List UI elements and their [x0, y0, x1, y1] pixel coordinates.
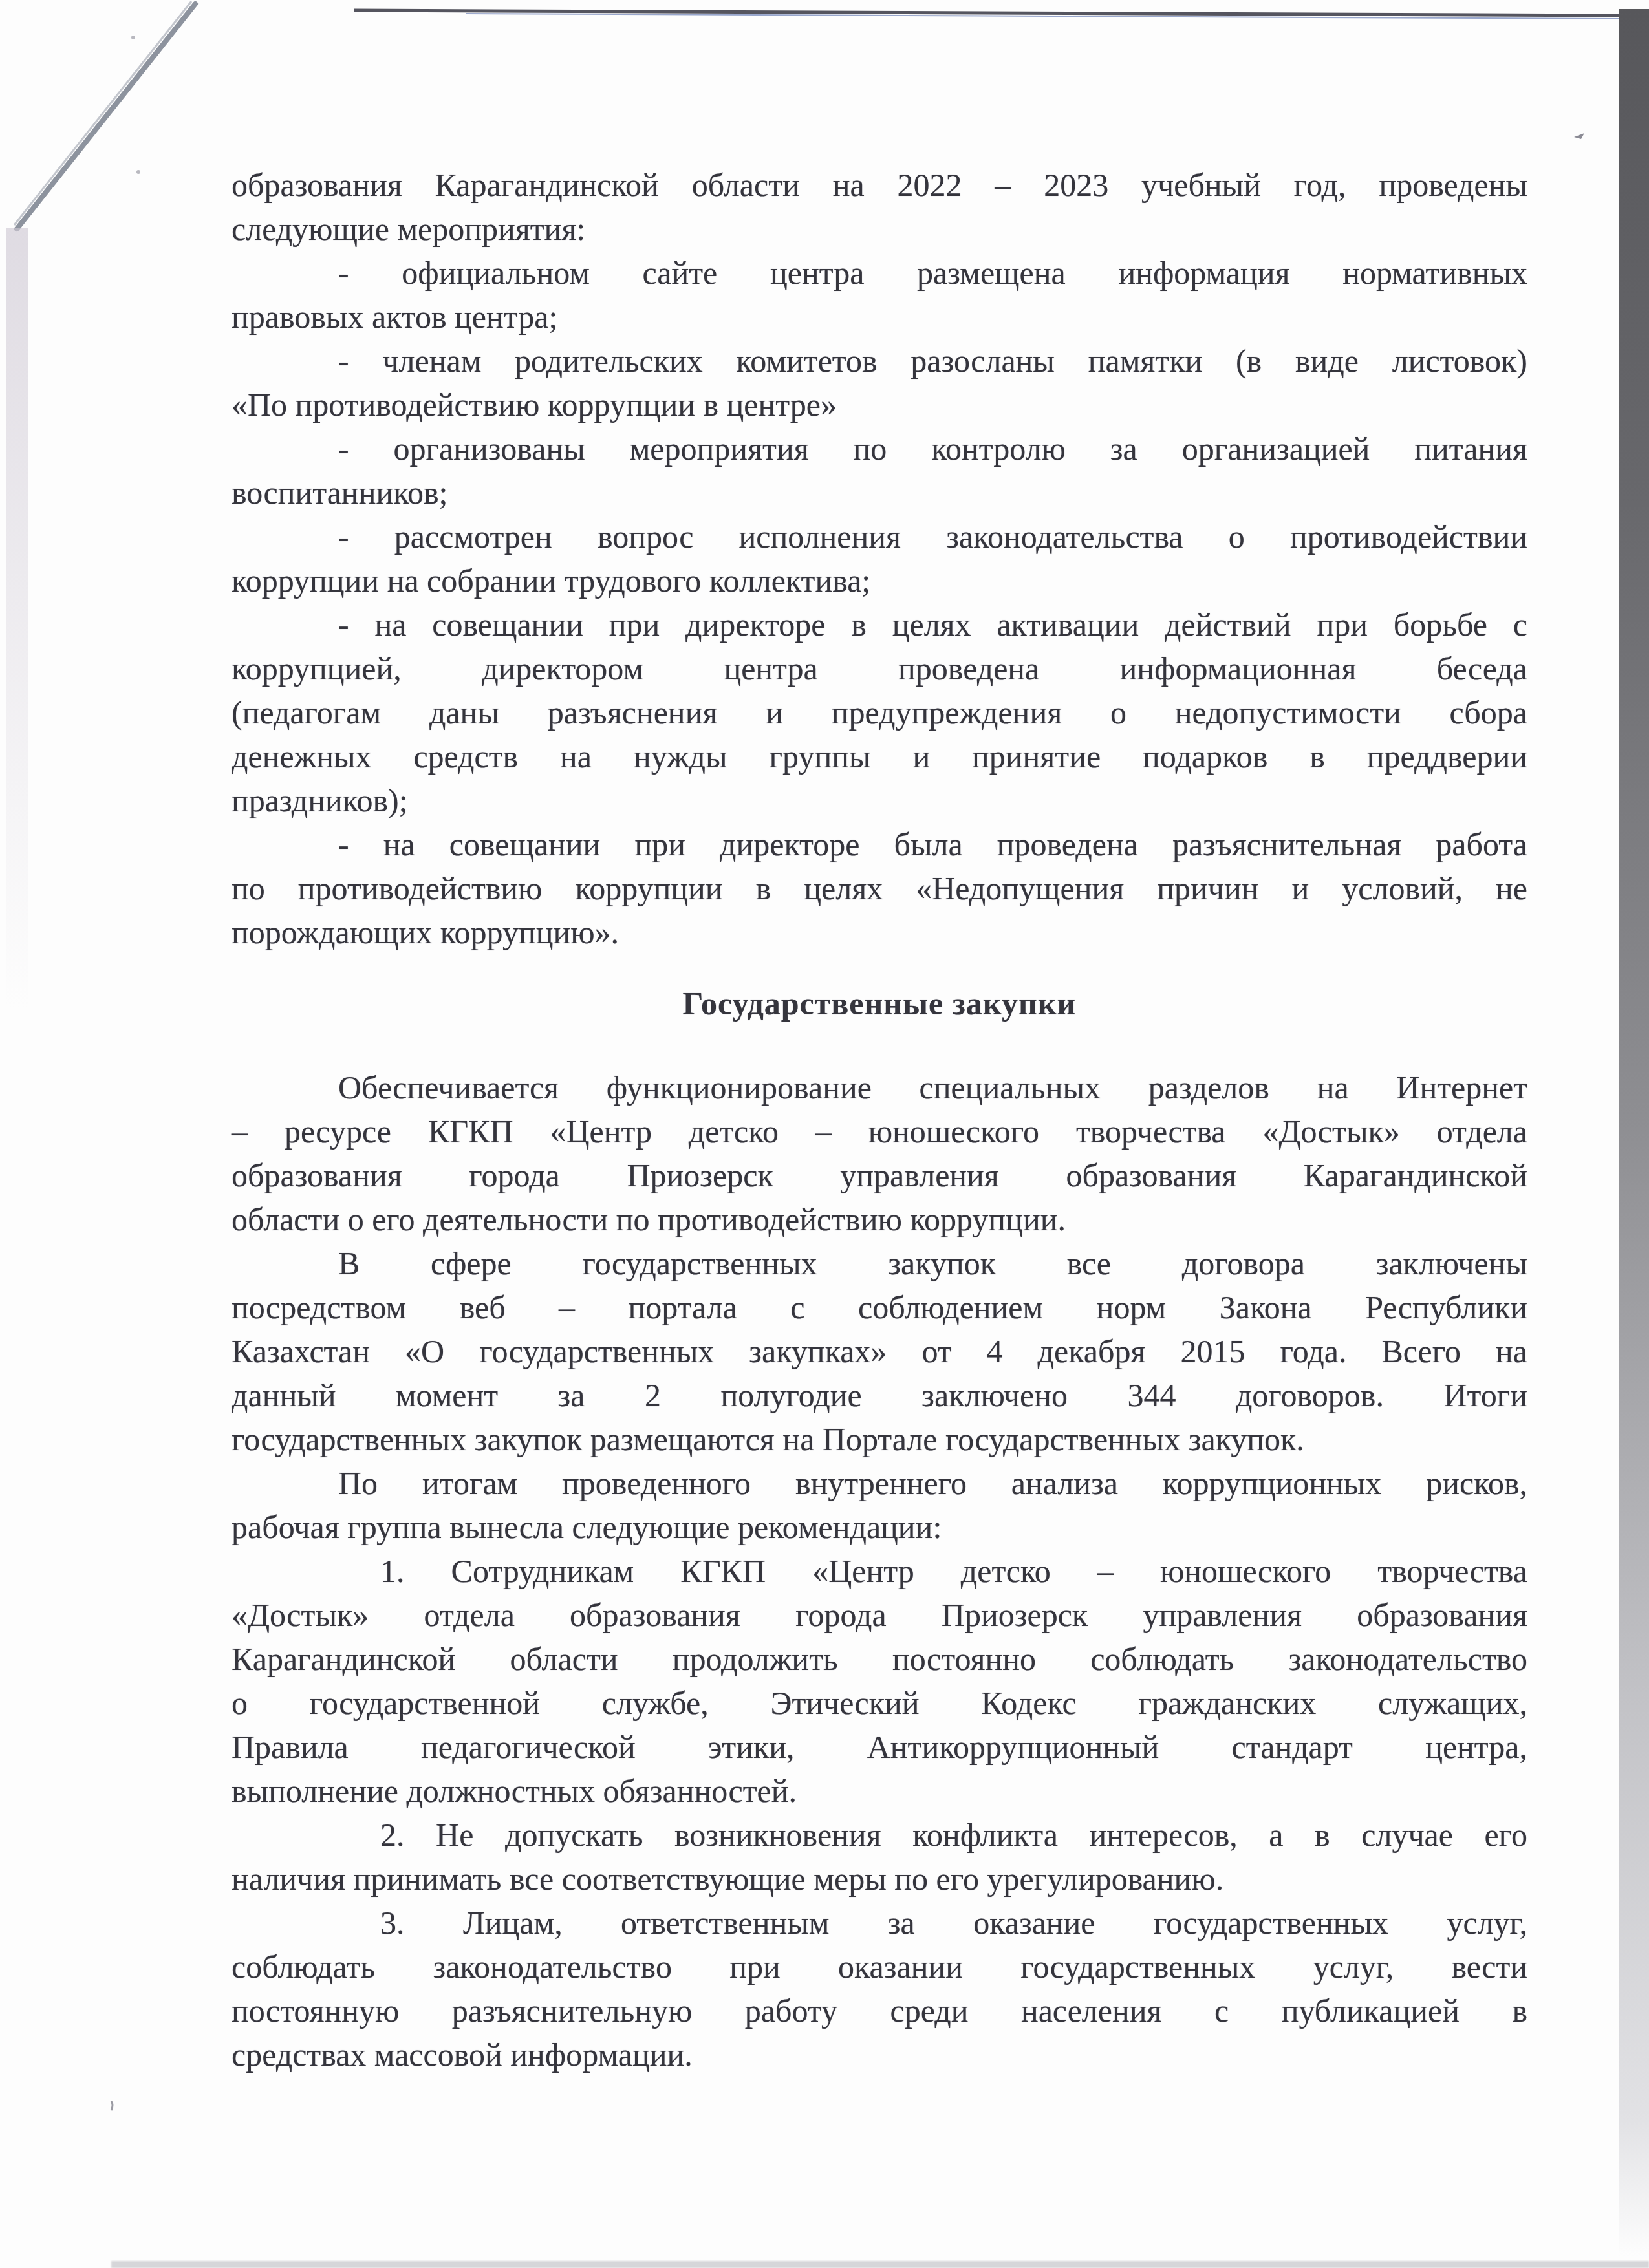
- text-line: (педагогам даны разъяснения и предупрежд…: [232, 690, 1527, 734]
- text-line: Обеспечивается функционирование специаль…: [232, 1065, 1527, 1109]
- text-line: правовых актов центра;: [232, 295, 1527, 339]
- text-line: Правила педагогической этики, Антикорруп…: [232, 1725, 1527, 1769]
- section-heading: Государственные закупки: [232, 981, 1527, 1025]
- text-line: 1. Сотрудникам КГКП «Центр детско – юнош…: [232, 1549, 1527, 1593]
- text-line: Карагандинской области продолжить постоя…: [232, 1637, 1527, 1681]
- text-line: «Достык» отдела образования города Приоз…: [232, 1593, 1527, 1637]
- text-line: образования города Приозерск управления …: [232, 1153, 1527, 1197]
- text-line: выполнение должностных обязанностей.: [232, 1769, 1527, 1813]
- text-line: порождающих коррупцию».: [232, 910, 1527, 954]
- text-line: области о его деятельности по противодей…: [232, 1197, 1527, 1241]
- text-line: средствах массовой информации.: [232, 2033, 1527, 2077]
- text-line: - официальном сайте центра размещена инф…: [232, 251, 1527, 295]
- text-line: данный момент за 2 полугодие заключено 3…: [232, 1373, 1527, 1417]
- text-line: - организованы мероприятия по контролю з…: [232, 427, 1527, 471]
- page-fold-highlight: [14, 1, 191, 225]
- text-line: В сфере государственных закупок все дого…: [232, 1241, 1527, 1285]
- text-line: соблюдать законодательство при оказании …: [232, 1945, 1527, 1989]
- page-fold-shadow-strip: [6, 228, 28, 1010]
- ink-speck: [136, 170, 140, 174]
- ink-speck: [111, 2101, 113, 2110]
- text-line: государственных закупок размещаются на П…: [232, 1417, 1527, 1461]
- scanned-page: образования Карагандинской области на 20…: [0, 0, 1649, 2268]
- text-line: рабочая группа вынесла следующие рекомен…: [232, 1505, 1527, 1549]
- text-line: «По противодействию коррупции в центре»: [232, 383, 1527, 427]
- text-line: образования Карагандинской области на 20…: [232, 163, 1527, 207]
- text-line: 3. Лицам, ответственным за оказание госу…: [232, 1901, 1527, 1945]
- text-line: По итогам проведенного внутреннего анали…: [232, 1461, 1527, 1505]
- text-line: по противодействию коррупции в целях «Не…: [232, 866, 1527, 910]
- page-top-edge-line: [354, 10, 1619, 16]
- text-line: 2. Не допускать возникновения конфликта …: [232, 1813, 1527, 1857]
- text-line: постоянную разъяснительную работу среди …: [232, 1989, 1527, 2033]
- text-line: - членам родительских комитетов разослан…: [232, 339, 1527, 383]
- text-line: – ресурсе КГКП «Центр детско – юношеског…: [232, 1109, 1527, 1153]
- text-line: о государственной службе, Этический Коде…: [232, 1681, 1527, 1725]
- text-line: наличия принимать все соответствующие ме…: [232, 1857, 1527, 1901]
- page-bottom-edge-shadow: [111, 2261, 1649, 2268]
- document-text: образования Карагандинской области на 20…: [232, 163, 1527, 2077]
- text-line: - на совещании при директоре в целях акт…: [232, 603, 1527, 647]
- text-line: - на совещании при директоре была провед…: [232, 822, 1527, 866]
- page-top-edge-blue-tint: [466, 14, 1619, 19]
- text-line: воспитанников;: [232, 471, 1527, 515]
- text-line: коррупцией, директором центра проведена …: [232, 647, 1527, 690]
- text-line: следующие мероприятия:: [232, 207, 1527, 251]
- text-line: посредством веб – портала с соблюдением …: [232, 1285, 1527, 1329]
- text-line: коррупции на собрании трудового коллекти…: [232, 559, 1527, 603]
- ink-speck: [1574, 133, 1584, 139]
- text-line: праздников);: [232, 778, 1527, 822]
- page-fold-line: [17, 4, 195, 229]
- ink-speck: [131, 36, 135, 39]
- text-line: денежных средств на нужды группы и приня…: [232, 734, 1527, 778]
- page-right-edge-shadow: [1619, 9, 1649, 2256]
- text-line: Казахстан «О государственных закупках» о…: [232, 1329, 1527, 1373]
- text-line: - рассмотрен вопрос исполнения законодат…: [232, 515, 1527, 559]
